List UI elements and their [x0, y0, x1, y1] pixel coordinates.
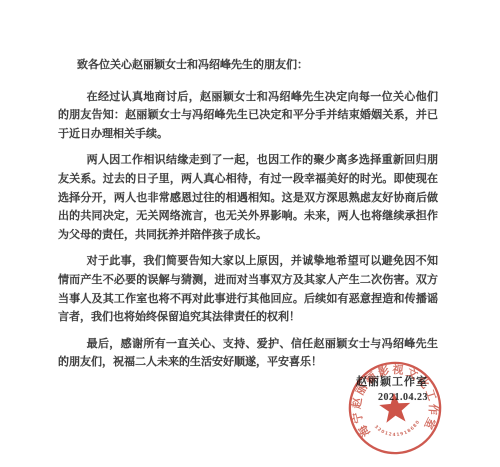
seal-star-icon: [378, 392, 411, 424]
salutation-line: 致各位关心赵丽颖女士和冯绍峰先生的朋友们：: [58, 56, 438, 75]
studio-seal: 海宁赵丽颖影视文化工作室 3201241918680: [344, 357, 446, 459]
seal-serial-holder: 3201241918680: [372, 418, 422, 439]
document-page: 致各位关心赵丽颖女士和冯绍峰先生的朋友们： 在经过认真地商讨后，赵丽颖女士和冯绍…: [0, 0, 500, 467]
paragraph-legal-notice: 对于此事，我们简要告知大家以上原因，并诚挚地希望可以避免因不知情而产生不必要的误…: [58, 252, 438, 326]
seal-serial-number: 3201241918680: [372, 418, 422, 439]
paragraph-reason: 两人因工作相识结缘走到了一起，也因工作的聚少离多选择重新回归朋友关系。过去的日子…: [58, 151, 438, 244]
statement-body: 致各位关心赵丽颖女士和冯绍峰先生的朋友们： 在经过认真地商讨后，赵丽颖女士和冯绍…: [58, 56, 438, 380]
paragraph-announcement: 在经过认真地商讨后，赵丽颖女士和冯绍峰先生决定向每一位关心他们的朋友告知：赵丽颖…: [58, 88, 438, 144]
